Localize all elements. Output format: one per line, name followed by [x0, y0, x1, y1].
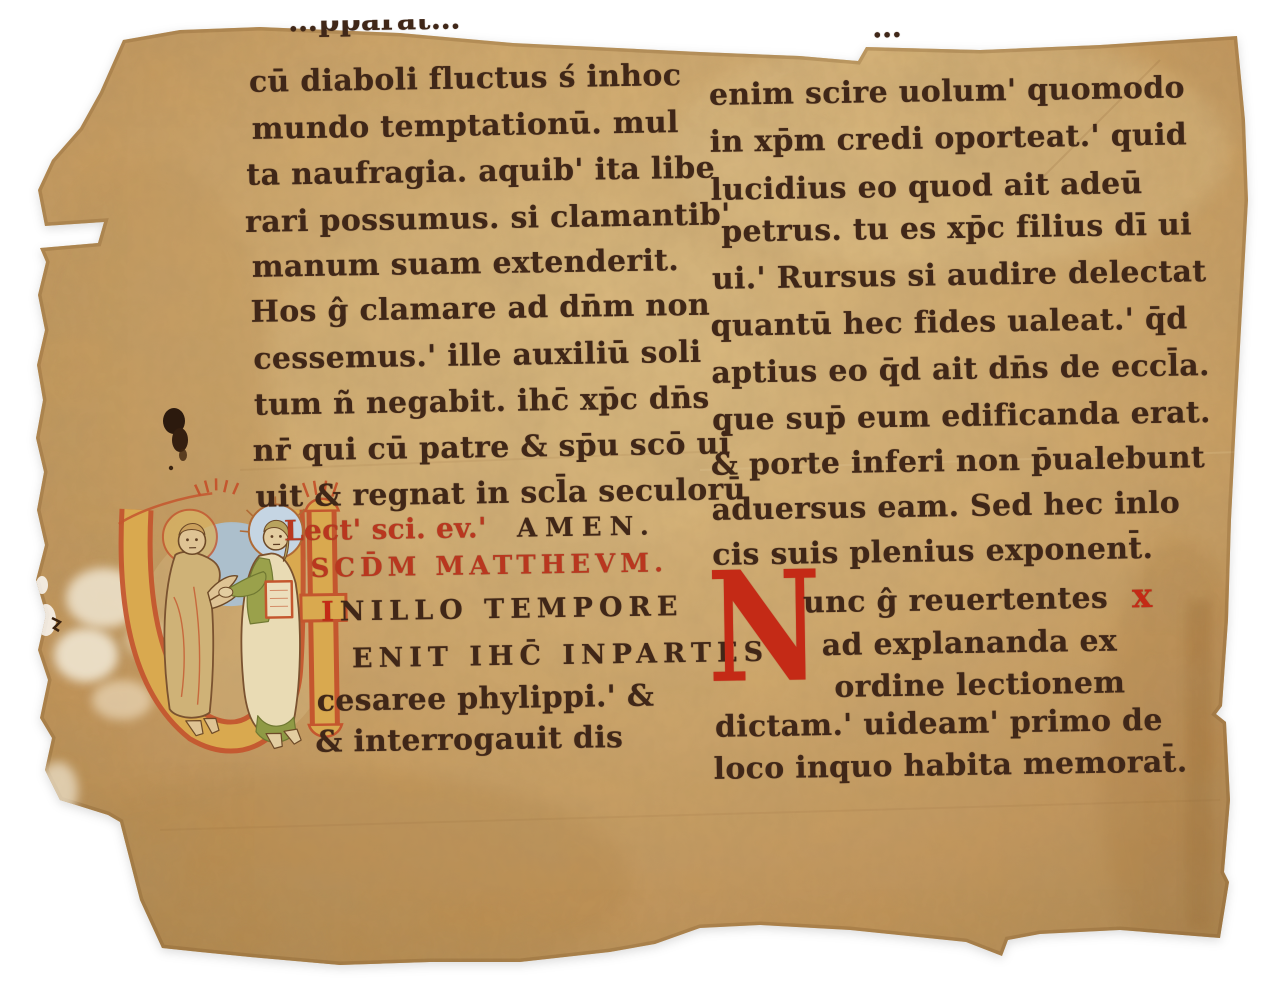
manuscript-line: petrus. tu es xp̄c filius dī ui [721, 207, 1192, 249]
manuscript-line: manum suam extenderit. [252, 243, 680, 285]
incipit-caps-text: NILLO TEMPORE [340, 591, 684, 627]
incipit-in-illo-tempore: INILLO TEMPORE [321, 591, 684, 628]
manuscript-line: mundo temptationū. mul [251, 105, 679, 147]
manuscript-line: aptius eo q̄d ait dn̄s de eccl̄a. [711, 348, 1210, 391]
nunc-line-text: unc ĝ reuertentes [803, 581, 1109, 621]
manuscript-line: uit & regnat in scl̄a seculorū [255, 472, 746, 515]
rubric-secundum-mattheum: SCD̄M MATTHEVM. [310, 548, 668, 584]
manuscript-line: in xp̄m credi oporteat.' quid [709, 117, 1187, 159]
manuscript-line: cesaree phylippi.' & [316, 679, 654, 719]
manuscript-line: & interrogauit dis [315, 720, 623, 760]
manuscript-line: tum ñ negabit. ihc̄ xp̄c dn̄s [254, 381, 710, 423]
text-column-left: …p̄parat… cū diaboli fluctus ś inhoc mun… [240, 15, 722, 792]
rubric-explicit-line: Lect' sci. ev.'AMEN. [284, 509, 657, 548]
large-red-initial-n: N [706, 550, 822, 704]
manuscript-line: lucidius eo quod ait adeū [710, 166, 1143, 208]
manuscript-line: cū diaboli fluctus ś inhoc [249, 58, 682, 100]
manuscript-line: cessemus.' ille auxiliū soli [253, 335, 702, 377]
text-column-right: … enim scire uolum' quomodo in xp̄m cred… [702, 22, 1194, 799]
manuscript-line: aduersus eam. Sed hec inlo [711, 486, 1180, 528]
manuscript-line: ad explananda ex [821, 624, 1117, 664]
text-line-cropped: …p̄parat… [288, 16, 618, 43]
text-line-cropped: … [872, 23, 1132, 45]
manuscript-line: loco inquo habita memorat̄. [713, 744, 1187, 786]
manuscript-line: dictam.' uideam' primo de [715, 703, 1163, 745]
amen-text: AMEN. [517, 512, 657, 544]
manuscript-line: nr̄ qui cū patre & sp̄u scō ui [252, 426, 730, 468]
manuscript-line: ui.' Rursus si audire delectat [712, 254, 1207, 297]
manuscript-line: …p̄parat… [288, 16, 618, 39]
manuscript-line: unc ĝ reuertentesx [803, 576, 1153, 621]
manuscript-line: enim scire uolum' quomodo [709, 70, 1185, 112]
manuscript-line: & porte inferi non p̄ualebunt [711, 440, 1206, 483]
manuscript-line: rari possumus. si clamantib' [245, 197, 731, 240]
manuscript-photo: …p̄parat… cū diaboli fluctus ś inhoc mun… [0, 0, 1275, 1000]
red-initial-i: I [321, 597, 340, 628]
manuscript-line: ta naufragia. aquib' ita libe [246, 151, 715, 193]
manuscript-line: que sup̄ eum edificanda erat. [712, 395, 1211, 438]
manuscript-line: ordine lectionem [834, 665, 1126, 705]
rubric-red-text: Lect' sci. ev.' [284, 511, 487, 547]
manuscript-line: Hos ĝ clamare ad dn̄m non [250, 288, 710, 330]
red-chapter-mark-x: x [1132, 576, 1153, 616]
manuscript-line: quantū hec fides ualeat.' q̄d [710, 301, 1187, 343]
manuscript-line: … [872, 23, 1132, 45]
